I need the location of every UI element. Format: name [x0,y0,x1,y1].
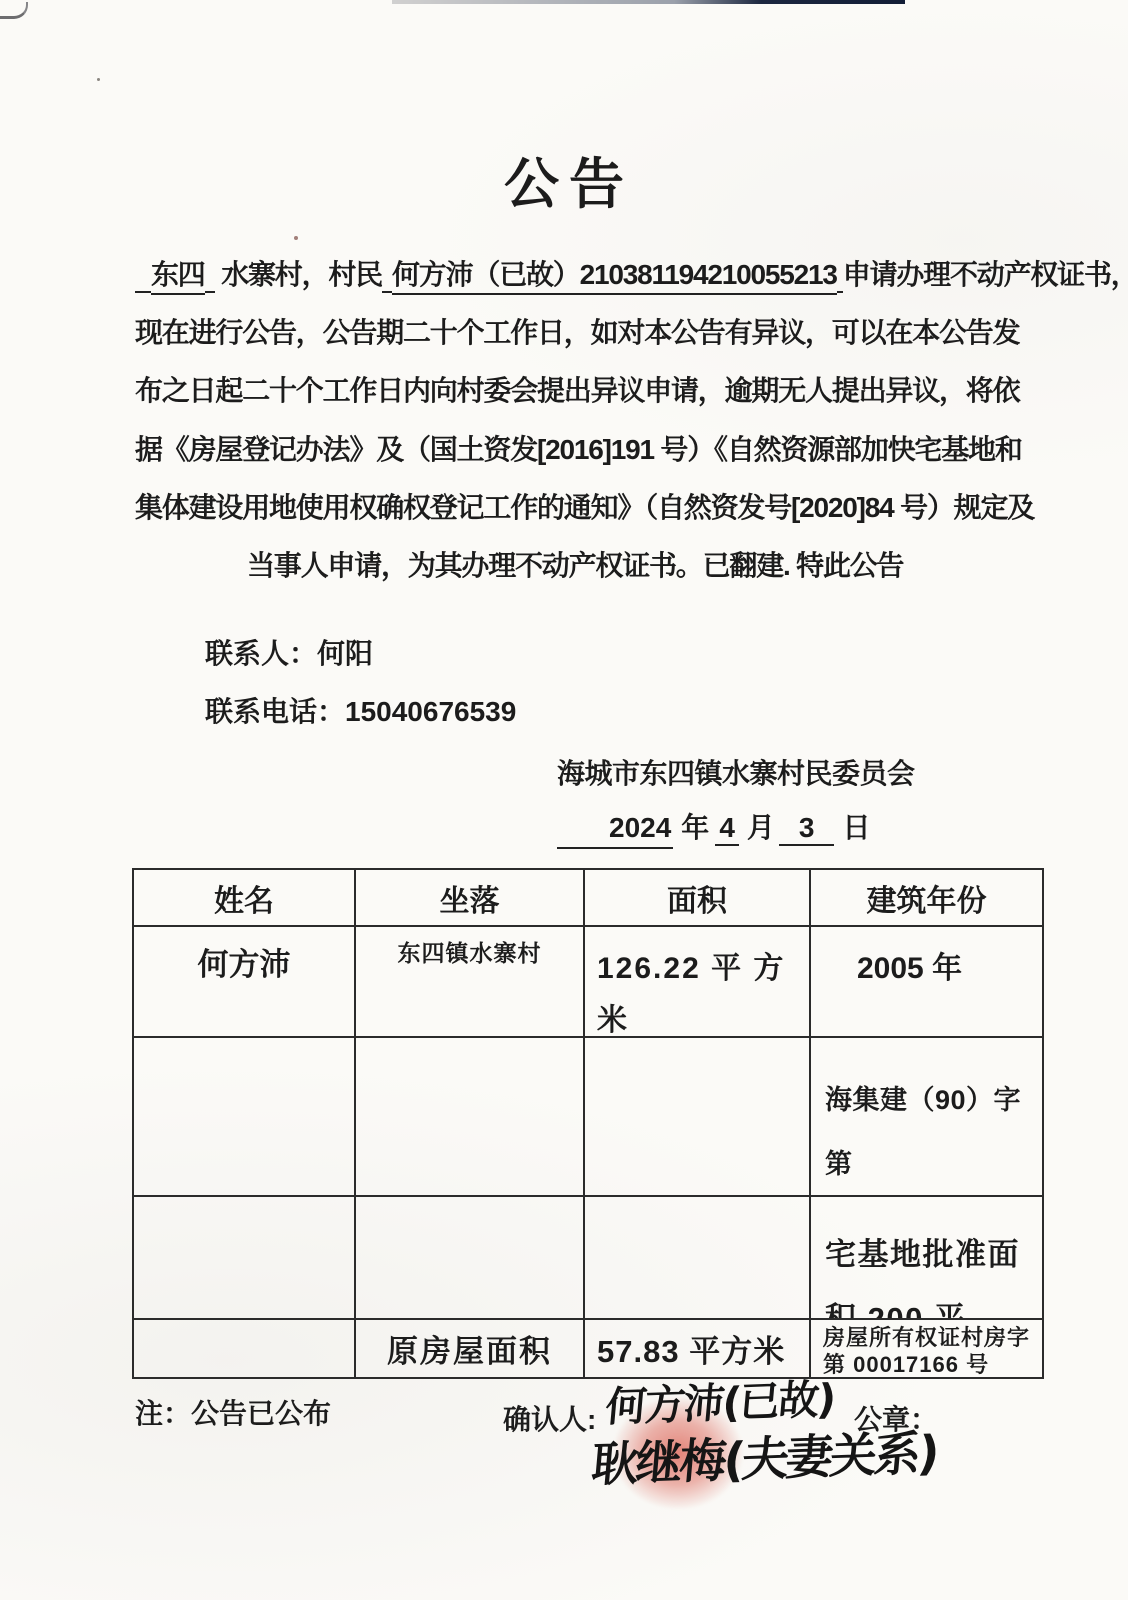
cell-original-area-label: 原房屋面积 [356,1320,585,1379]
body-line-5: 集体建设用地使用权确权登记工作的通知》（自然资发号[2020]84 号）规定及 [135,486,1035,526]
cell-empty [356,1038,585,1197]
handwritten-relation: 耿继梅(夫妻关系) [589,1416,940,1495]
cell-area: 126.22 平 方 米 [585,927,811,1038]
cell-house-cert: 房屋所有权证村房字 第 00017166 号 [811,1320,1044,1379]
date-day-label: 日 [842,806,870,846]
cell-house-cert-line1: 房屋所有权证村房字 [823,1324,1042,1351]
contact-person-value: 何阳 [317,638,373,669]
confirm-person-label: 确认人: [503,1398,596,1438]
cell-collective-cert-line1: 海集建（90）字第 [825,1068,1042,1196]
contact-phone-label: 联系电话： [205,696,345,727]
cell-build-year: 2005 年 [811,927,1044,1038]
cell-location: 东四镇水寨村 [356,927,585,1038]
col-header-area: 面积 [585,870,811,927]
cell-collective-cert: 海集建（90）字第 023-17-307 号 [811,1038,1044,1197]
contact-phone-value: 15040676539 [345,696,516,727]
scanned-notice-page: 公告 东四 水寨村，村民何方沛（已故）210381194210055213申请办… [0,0,1128,1600]
body-line-1-tail: 申请办理不动产权证书， [843,259,1128,290]
cell-empty [585,1197,811,1320]
body-line-1-mid: 水寨村，村民 [215,259,382,290]
date-year-label: 年 [681,806,709,846]
col-header-name: 姓名 [134,870,356,927]
body-line-3: 布之日起二十个工作日内向村委会提出异议申请，逾期无人提出异议，将依 [135,369,1035,409]
cell-area-line2: 米 [597,995,801,1038]
body-line-6: 当事人申请，为其办理不动产权证书。已翻建. 特此公告 [135,544,1128,584]
scan-artifact-top-edge [392,0,905,4]
cell-empty [134,1197,356,1320]
issuer-committee: 海城市东四镇水寨村民委员会 [557,752,915,792]
date-year-underlined: 2024 [557,812,673,849]
scan-artifact-dot [97,78,100,81]
cell-empty [134,1038,356,1197]
col-header-build-year: 建筑年份 [811,870,1044,927]
cell-approved-area-line2: 积 200 平 [825,1287,1042,1320]
body-line-2: 现在进行公告，公告期二十个工作日，如对本公告有异议，可以在本公告发 [135,311,1035,351]
published-note: 注：公告已公布 [135,1392,331,1432]
cell-approved-area: 宅基地批准面 积 200 平 [811,1197,1044,1320]
cell-area-line1: 126.22 平 方 [597,943,801,995]
date-line: 2024年4月3日 [557,806,871,849]
page-title: 公告 [0,140,1128,219]
contact-person-row: 联系人：何阳 [205,632,373,672]
body-line-1: 东四 水寨村，村民何方沛（已故）210381194210055213申请办理不动… [135,253,1035,293]
cell-approved-area-line1: 宅基地批准面 [825,1223,1042,1287]
cell-empty [134,1320,356,1379]
col-header-location: 坐落 [356,870,585,927]
underline-blank [205,263,215,293]
village-name-underlined: 东四 [151,259,205,295]
cell-empty [585,1038,811,1197]
applicant-underlined: 何方沛（已故）210381194210055213 [392,259,837,295]
cell-empty [356,1197,585,1320]
underline-blank [135,263,151,293]
cell-owner-name: 何方沛 [134,927,356,1038]
scan-artifact-corner-mark [0,2,28,19]
body-line-4: 据《房屋登记办法》及（国土资发[2016]191 号）《自然资源部加快宅基地和 [135,428,1035,468]
scan-artifact-red-dot [294,236,298,240]
date-month-underlined: 4 [715,812,739,846]
cell-house-cert-line2: 第 00017166 号 [823,1351,1042,1378]
underline-blank [382,263,392,293]
contact-phone-row: 联系电话：15040676539 [205,690,516,730]
contact-person-label: 联系人： [205,638,317,669]
date-month-label: 月 [747,806,775,846]
property-table: 姓名 坐落 面积 建筑年份 何方沛 东四镇水寨村 126.22 平 方 米 20… [132,868,1044,1379]
date-day-underlined: 3 [779,812,835,846]
